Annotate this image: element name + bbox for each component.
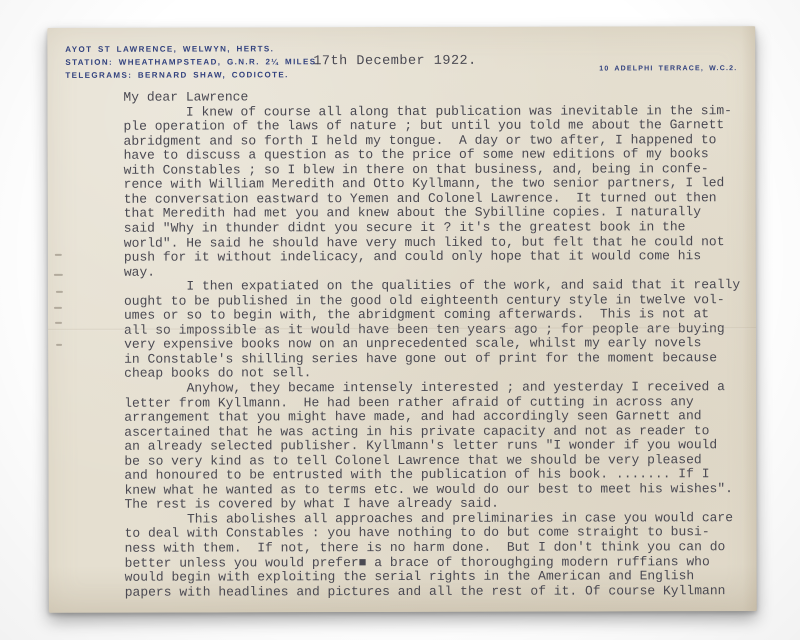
letterhead-line-2: STATION: WHEATHAMPSTEAD, G.N.R. 2¼ MILES… — [65, 55, 320, 69]
binding-mark — [56, 344, 62, 346]
letterhead-line-1: AYOT ST LAWRENCE, WELWYN, HERTS. — [65, 42, 320, 56]
paper-edge-shading — [741, 26, 757, 611]
letterhead-address: AYOT ST LAWRENCE, WELWYN, HERTS. STATION… — [65, 42, 320, 82]
photo-background: { "letterhead": { "left_lines": [ "AYOT … — [0, 0, 800, 640]
binding-mark — [54, 274, 63, 276]
salutation: My dear Lawrence — [123, 90, 248, 105]
letter-paper: AYOT ST LAWRENCE, WELWYN, HERTS. STATION… — [47, 26, 757, 613]
date-line: 17th December 1922. — [313, 54, 476, 69]
letter-body: I knew of course all along that publicat… — [123, 104, 752, 600]
letterhead-line-3: TELEGRAMS: BERNARD SHAW, CODICOTE. — [65, 68, 320, 82]
binding-mark — [56, 291, 63, 293]
letterhead-city-address: 10 ADELPHI TERRACE, W.C.2. — [599, 65, 737, 72]
binding-mark — [54, 307, 62, 309]
binding-mark — [55, 322, 62, 324]
binding-mark — [55, 254, 62, 256]
